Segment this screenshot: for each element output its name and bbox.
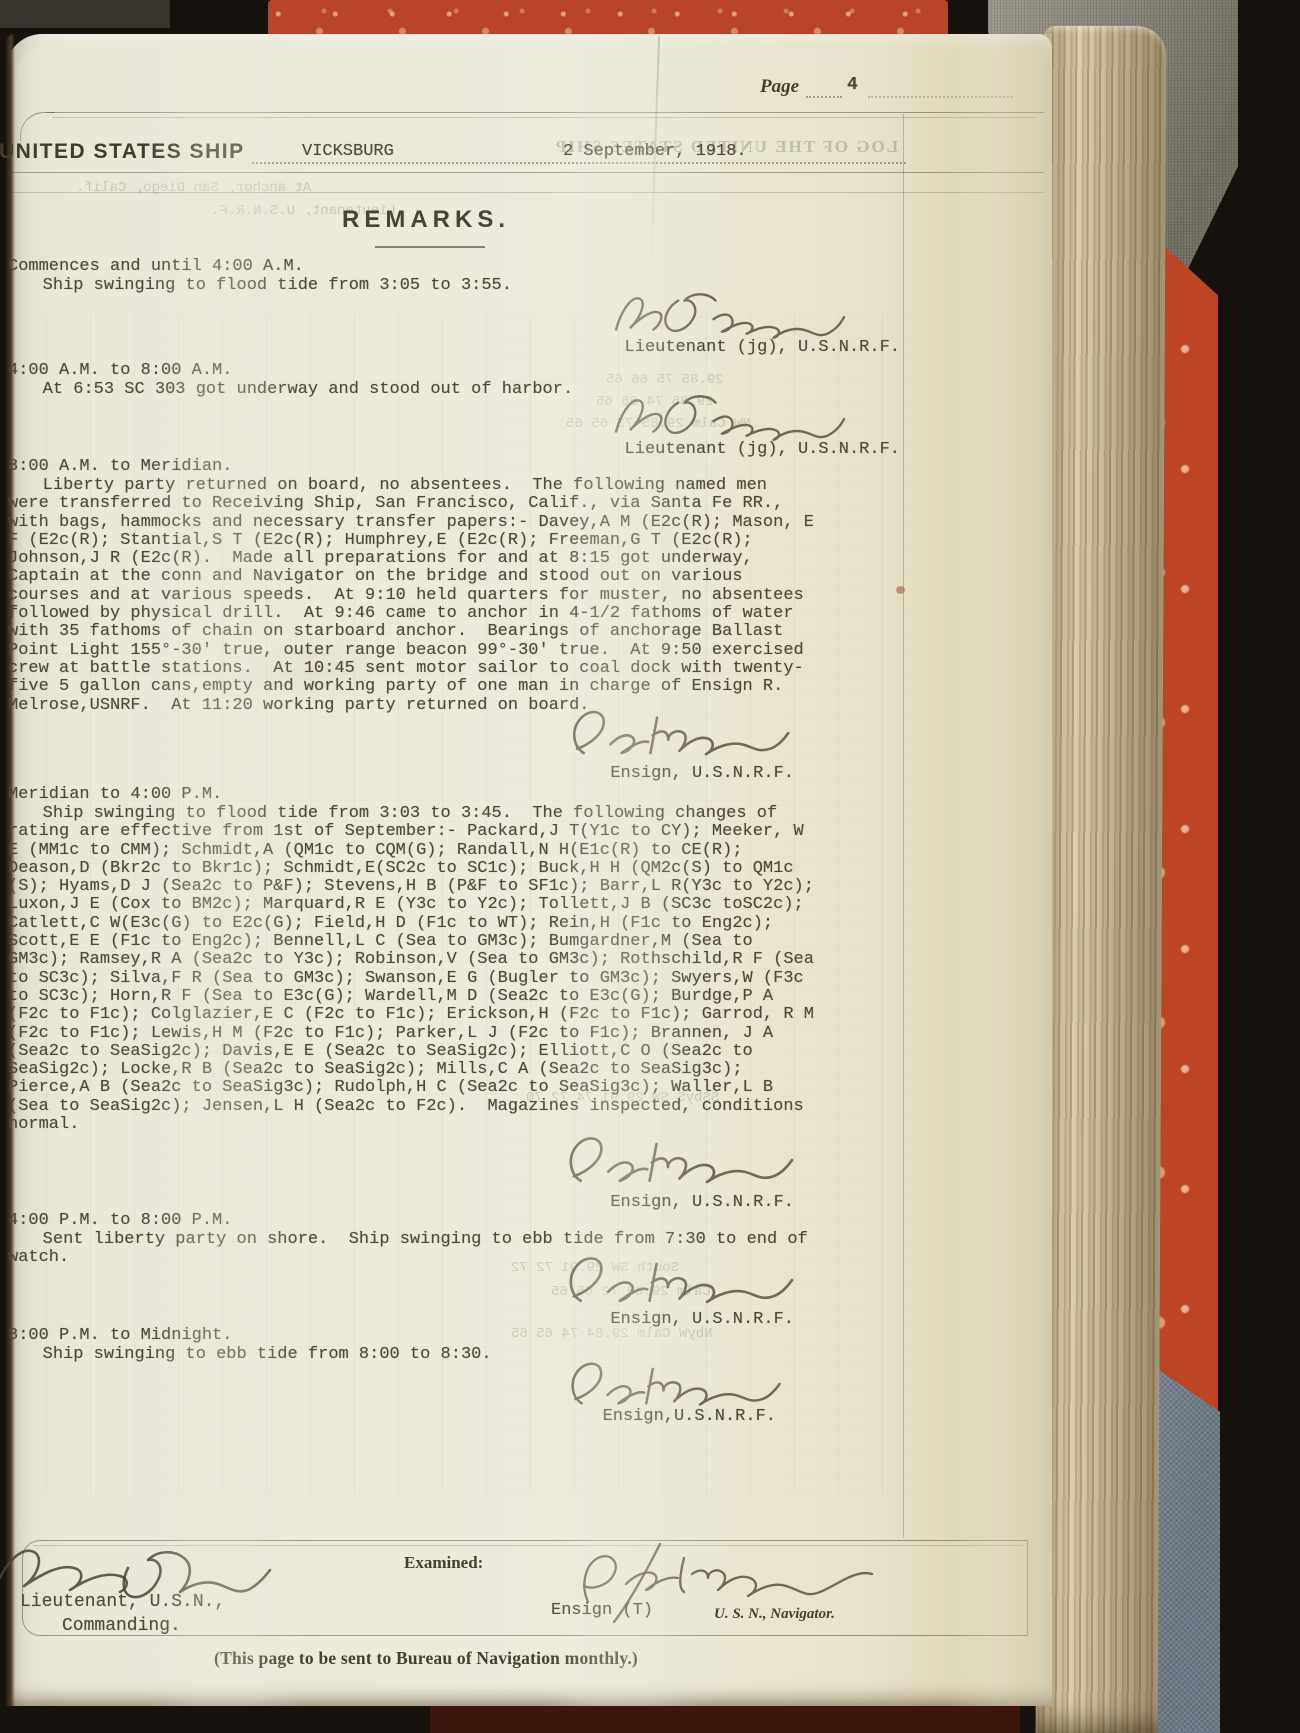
page-number: 4: [847, 76, 858, 94]
signature-paul-nourse: [526, 1128, 826, 1190]
signature-rank: Ensign, U.S.N.R.F.: [434, 765, 794, 783]
log-entry-body: Ship swinging to flood tide from 3:03 to…: [8, 805, 814, 1134]
page-number-dots: [806, 96, 842, 98]
signature-paul-nourse: [526, 1248, 826, 1310]
log-entry-header: 4:00 P.M. to 8:00 P.M.: [8, 1212, 232, 1230]
signature-r-h-edwards: [564, 386, 894, 444]
frame-rule-top-echo: [52, 117, 1037, 118]
signature-r-h-edwards: [564, 284, 894, 342]
header-rule-echo: [6, 192, 1044, 193]
signature-rank: Ensign, U.S.N.R.F.: [434, 1194, 794, 1212]
page-label: Page: [760, 76, 799, 98]
examined-label: Examined:: [404, 1553, 483, 1573]
frame-corner: [20, 112, 55, 141]
log-book-scan: LOG OF THE UNITED STATES SHIP At anchor,…: [0, 0, 1300, 1733]
log-entry-header: 8:00 P.M. to Midnight.: [8, 1327, 232, 1345]
signature-rank: Ensign,U.S.N.R.F.: [416, 1408, 776, 1426]
commanding-rank: Lieutenant, U.S.N.,: [20, 1593, 225, 1611]
navigator-rank: Ensign (T): [551, 1602, 653, 1620]
page-fore-edge-stack: [1036, 26, 1167, 1733]
ink-stain: [896, 586, 905, 594]
header-dotted-line: [252, 162, 906, 164]
signature-rank: Lieutenant (jg), U.S.N.R.F.: [540, 339, 900, 357]
ship-name: VICKSBURG: [302, 143, 394, 161]
commanding-title: Commanding.: [62, 1617, 181, 1635]
page-number-dots-tail: [868, 96, 1013, 98]
date-line: 2 September, 1918.: [563, 143, 747, 161]
bleedthrough-text: At anchor, San Diego, Calif.: [76, 180, 311, 196]
cover-edge-top-left: [0, 0, 170, 28]
log-entry-header: Commences and until 4:00 A.M.: [8, 258, 304, 276]
signature-rank: Ensign, U.S.N.R.F.: [434, 1311, 794, 1329]
signature-paul-nourse: [526, 702, 826, 762]
ship-heading: UNITED STATES SHIP: [0, 140, 245, 164]
signature-paul-nourse: [526, 1354, 816, 1412]
signature-rank: Lieutenant (jg), U.S.N.R.F.: [540, 441, 900, 459]
frame-rule-top: [46, 112, 1044, 113]
log-entry-header: 4:00 A.M. to 8:00 A.M.: [8, 362, 232, 380]
log-page: LOG OF THE UNITED STATES SHIP At anchor,…: [6, 34, 1052, 1706]
title-underline: [375, 246, 485, 248]
navigator-title: U. S. N., Navigator.: [714, 1606, 835, 1623]
log-entry-header: Meridian to 4:00 P.M.: [8, 786, 222, 804]
section-title: REMARKS.: [6, 206, 846, 234]
column-rule: [903, 114, 904, 1538]
header-rule: [6, 172, 1044, 173]
footer-note: (This page to be sent to Bureau of Navig…: [6, 1648, 846, 1669]
log-entry-header: 8:00 A.M. to Meridian.: [8, 458, 232, 476]
log-entry-body: Liberty party returned on board, no abse…: [8, 477, 814, 715]
